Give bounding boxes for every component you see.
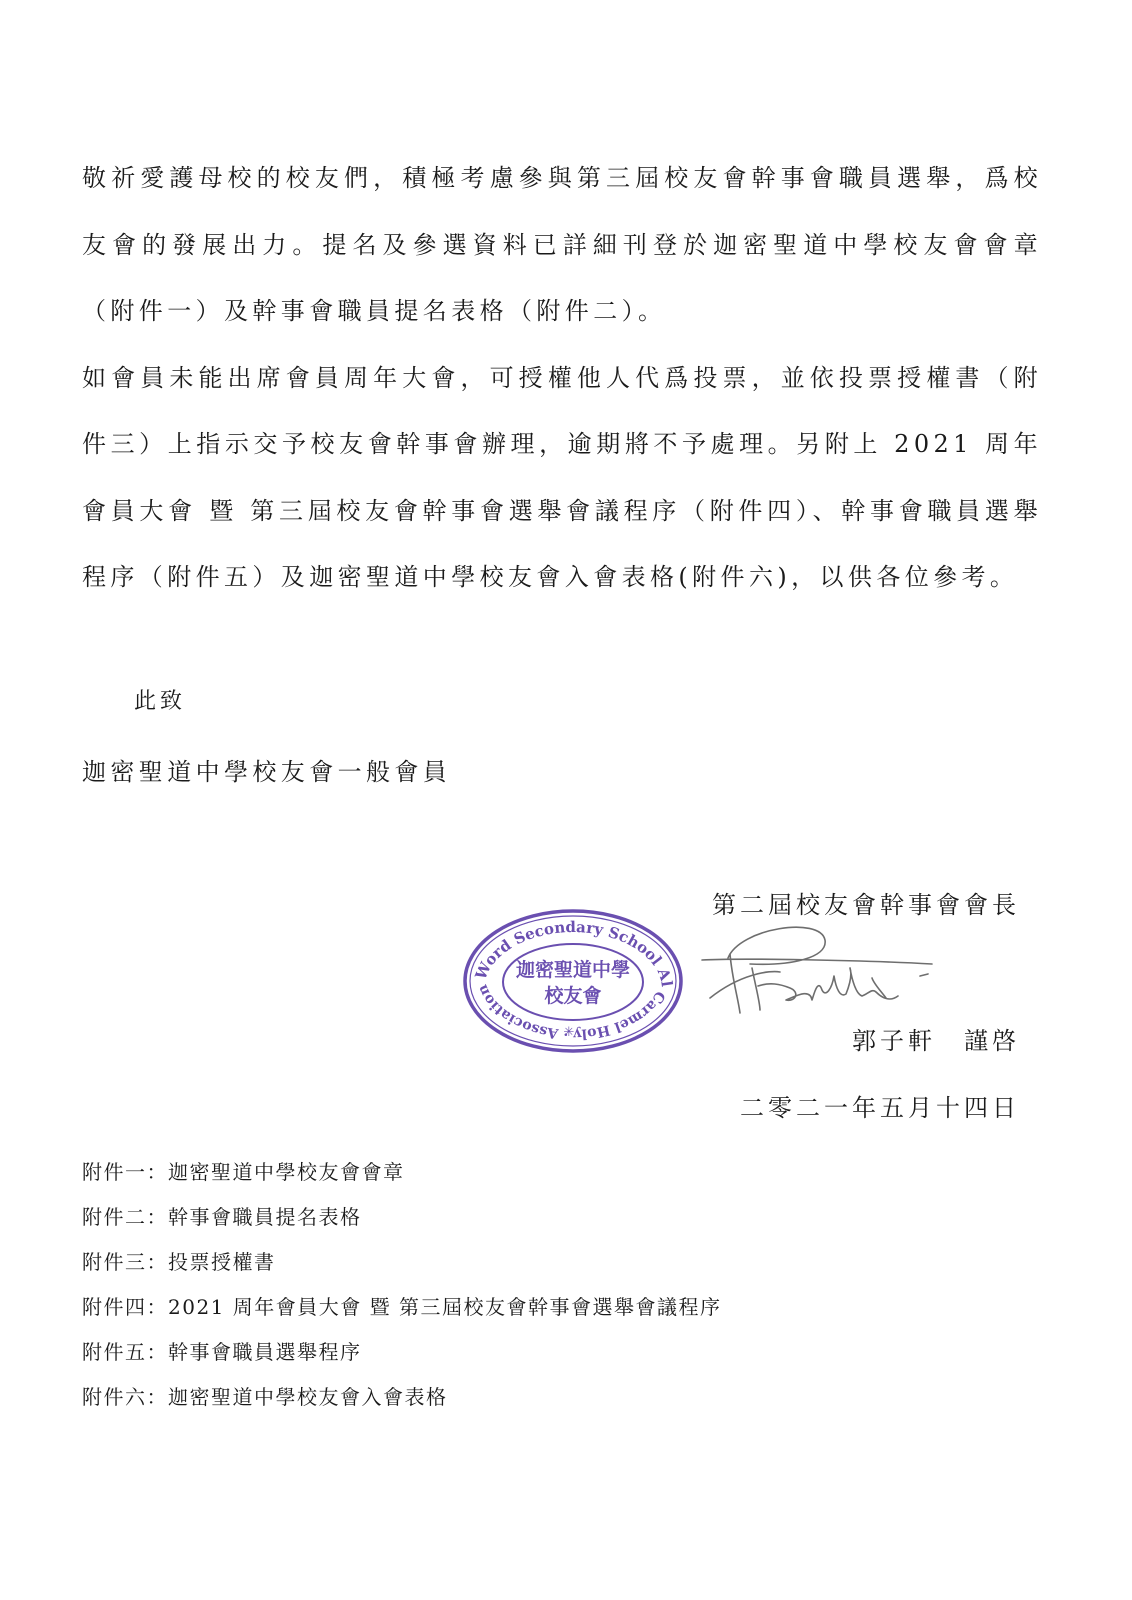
attachment-title: 迦密聖道中學校友會會章 bbox=[168, 1150, 405, 1195]
attachment-item: 附件一：迦密聖道中學校友會會章 bbox=[82, 1150, 721, 1195]
attachment-label: 附件六： bbox=[82, 1375, 168, 1420]
attachment-item: 附件四：2021 周年會員大會 暨 第三屆校友會幹事會選舉會議程序 bbox=[82, 1285, 721, 1330]
attachment-item: 附件三：投票授權書 bbox=[82, 1240, 721, 1285]
attachment-label: 附件二： bbox=[82, 1195, 168, 1240]
attachment-item: 附件五：幹事會職員選舉程序 bbox=[82, 1330, 721, 1375]
attachment-title: 幹事會職員選舉程序 bbox=[168, 1330, 362, 1375]
paragraph-nomination: 敬祈愛護母校的校友們，積極考慮參與第三屆校友會幹事會職員選舉，爲校友會的發展出力… bbox=[82, 145, 1042, 345]
attachment-label: 附件一： bbox=[82, 1150, 168, 1195]
closing-salutation: 此致 bbox=[134, 684, 186, 715]
signer-name: 郭子軒 謹啓 bbox=[852, 1021, 1020, 1056]
attachment-title: 投票授權書 bbox=[168, 1240, 276, 1285]
signature-icon bbox=[700, 918, 940, 1028]
recipient: 迦密聖道中學校友會一般會員 bbox=[82, 752, 451, 787]
seal-inner-line-2: 校友會 bbox=[544, 984, 601, 1007]
attachment-title: 2021 周年會員大會 暨 第三屆校友會幹事會選舉會議程序 bbox=[168, 1285, 721, 1330]
attachment-title: 幹事會職員提名表格 bbox=[168, 1195, 362, 1240]
association-seal-icon: Word Secondary School Alumni Carmel Holy… bbox=[462, 908, 684, 1054]
letter-body: 敬祈愛護母校的校友們，積極考慮參與第三屆校友會幹事會職員選舉，爲校友會的發展出力… bbox=[82, 145, 1042, 611]
attachment-label: 附件三： bbox=[82, 1240, 168, 1285]
attachment-list: 附件一：迦密聖道中學校友會會章 附件二：幹事會職員提名表格 附件三：投票授權書 … bbox=[82, 1150, 721, 1420]
attachment-label: 附件四： bbox=[82, 1285, 168, 1330]
letter-date: 二零二一年五月十四日 bbox=[740, 1088, 1020, 1123]
letter-page: 敬祈愛護母校的校友們，積極考慮參與第三屆校友會幹事會職員選舉，爲校友會的發展出力… bbox=[0, 0, 1132, 1600]
signer-title: 第二屆校友會幹事會會長 bbox=[712, 885, 1020, 920]
attachment-item: 附件二：幹事會職員提名表格 bbox=[82, 1195, 721, 1240]
seal-inner-line-1: 迦密聖道中學 bbox=[515, 958, 630, 981]
attachment-label: 附件五： bbox=[82, 1330, 168, 1375]
attachment-item: 附件六：迦密聖道中學校友會入會表格 bbox=[82, 1375, 721, 1420]
attachment-title: 迦密聖道中學校友會入會表格 bbox=[168, 1375, 448, 1420]
paragraph-proxy-vote: 如會員未能出席會員周年大會，可授權他人代爲投票，並依投票授權書（附件三）上指示交… bbox=[82, 345, 1042, 611]
seal-star-icon: ✳ bbox=[564, 1025, 575, 1040]
